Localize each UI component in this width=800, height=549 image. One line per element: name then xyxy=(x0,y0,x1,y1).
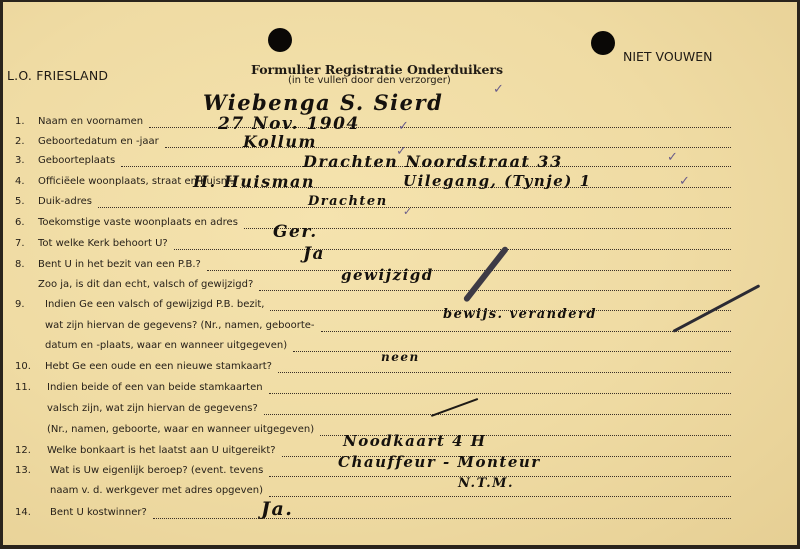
question-number: 3. xyxy=(15,155,25,166)
question-label: datum en -plaats, waar en wanneer uitgeg… xyxy=(45,340,287,351)
answer-line xyxy=(259,290,731,291)
question-label: Duik-adres xyxy=(38,196,92,207)
answer-line xyxy=(98,207,731,208)
check-mark-icon: ✓ xyxy=(403,205,412,218)
question-number: 9. xyxy=(15,299,25,310)
question-number: 12. xyxy=(15,445,31,456)
answer-birthdate: 27 Nov. 1904 xyxy=(218,114,360,134)
answer-line xyxy=(207,270,731,271)
form-subtitle: (in te vullen door den verzorger) xyxy=(288,75,451,86)
question-number: 10. xyxy=(15,361,31,372)
answer-hiding-address: Uilegang, (Tynje) 1 xyxy=(403,172,592,190)
answer-official-address: Drachten Noordstraat 33 xyxy=(303,152,563,171)
answer-name: Wiebenga S. Sierd xyxy=(203,90,443,115)
punch-hole-right xyxy=(591,31,615,55)
question-label: naam v. d. werkgever met adres opgeven) xyxy=(50,485,263,496)
pencil-strike-mark xyxy=(463,246,510,303)
check-mark-icon: ✓ xyxy=(679,174,690,189)
question-label: Geboorteplaats xyxy=(38,155,115,166)
answer-line xyxy=(269,496,731,497)
question-label: Tot welke Kerk behoort U? xyxy=(38,238,168,249)
question-label: Toekomstige vaste woonplaats en adres xyxy=(38,217,238,228)
pencil-strike-mark xyxy=(672,284,760,332)
answer-future-address: Drachten xyxy=(308,194,388,209)
question-number: 4. xyxy=(15,176,25,187)
answer-line xyxy=(264,414,731,415)
answer-hiding-name: H. Huisman xyxy=(193,172,315,191)
answer-line xyxy=(174,249,731,250)
check-mark-icon: ✓ xyxy=(396,144,407,159)
question-number: 6. xyxy=(15,217,25,228)
check-mark-icon: ✓ xyxy=(398,119,409,134)
answer-breadwinner: Ja. xyxy=(261,498,293,520)
answer-pb-details: bewijs. veranderd xyxy=(443,307,597,322)
question-number: 5. xyxy=(15,196,25,207)
answer-line xyxy=(293,351,731,352)
question-number: 8. xyxy=(15,259,25,270)
question-number: 2. xyxy=(15,136,25,147)
question-label: Indien beide of een van beide stamkaarte… xyxy=(47,382,263,393)
answer-pb-type: gewijzigd xyxy=(341,266,434,284)
check-mark-icon: ✓ xyxy=(493,82,504,97)
question-number: 7. xyxy=(15,238,25,249)
answer-has-pb: Ja xyxy=(303,244,325,264)
question-label: Geboortedatum en -jaar xyxy=(38,136,159,147)
question-label: Naam en voornamen xyxy=(38,116,143,127)
question-label: Wat is Uw eigenlijk beroep? (event. teve… xyxy=(50,465,263,476)
answer-employer: N.T.M. xyxy=(458,476,514,491)
question-number: 11. xyxy=(15,382,31,393)
answer-line xyxy=(321,331,731,332)
question-label: wat zijn hiervan de gegevens? (Nr., name… xyxy=(45,320,315,331)
question-number: 14. xyxy=(15,507,31,518)
check-mark-icon: ✓ xyxy=(667,150,678,165)
registration-form-card: L.O. FRIESLAND Formulier Registratie Ond… xyxy=(3,2,797,545)
answer-church: Ger. xyxy=(273,222,318,242)
question-label: Bent U in het bezit van een P.B.? xyxy=(38,259,201,270)
question-label: (Nr., namen, geboorte, waar en wanneer u… xyxy=(47,424,314,435)
organization-label: L.O. FRIESLAND xyxy=(7,68,108,83)
question-label: Hebt Ge een oude en een nieuwe stamkaart… xyxy=(45,361,272,372)
answer-birthplace: Kollum xyxy=(243,132,317,151)
question-label: Zoo ja, is dit dan echt, valsch of gewij… xyxy=(38,279,253,290)
question-number: 1. xyxy=(15,116,25,127)
answer-line xyxy=(153,518,731,519)
do-not-fold-notice: NIET VOUWEN xyxy=(623,49,712,64)
question-label: valsch zijn, wat zijn hiervan de gegeven… xyxy=(47,403,258,414)
question-label: Indien Ge een valsch of gewijzigd P.B. b… xyxy=(45,299,264,310)
answer-stamkaart: neen xyxy=(381,350,420,364)
answer-line xyxy=(269,393,731,394)
question-number: 13. xyxy=(15,465,31,476)
answer-line xyxy=(278,372,731,373)
answer-bonkaart: Noodkaart 4 H xyxy=(343,432,486,450)
question-label: Welke bonkaart is het laatst aan U uitge… xyxy=(47,445,276,456)
answer-occupation: Chauffeur - Monteur xyxy=(338,453,541,471)
punch-hole-left xyxy=(268,28,292,52)
question-label: Bent U kostwinner? xyxy=(50,507,147,518)
